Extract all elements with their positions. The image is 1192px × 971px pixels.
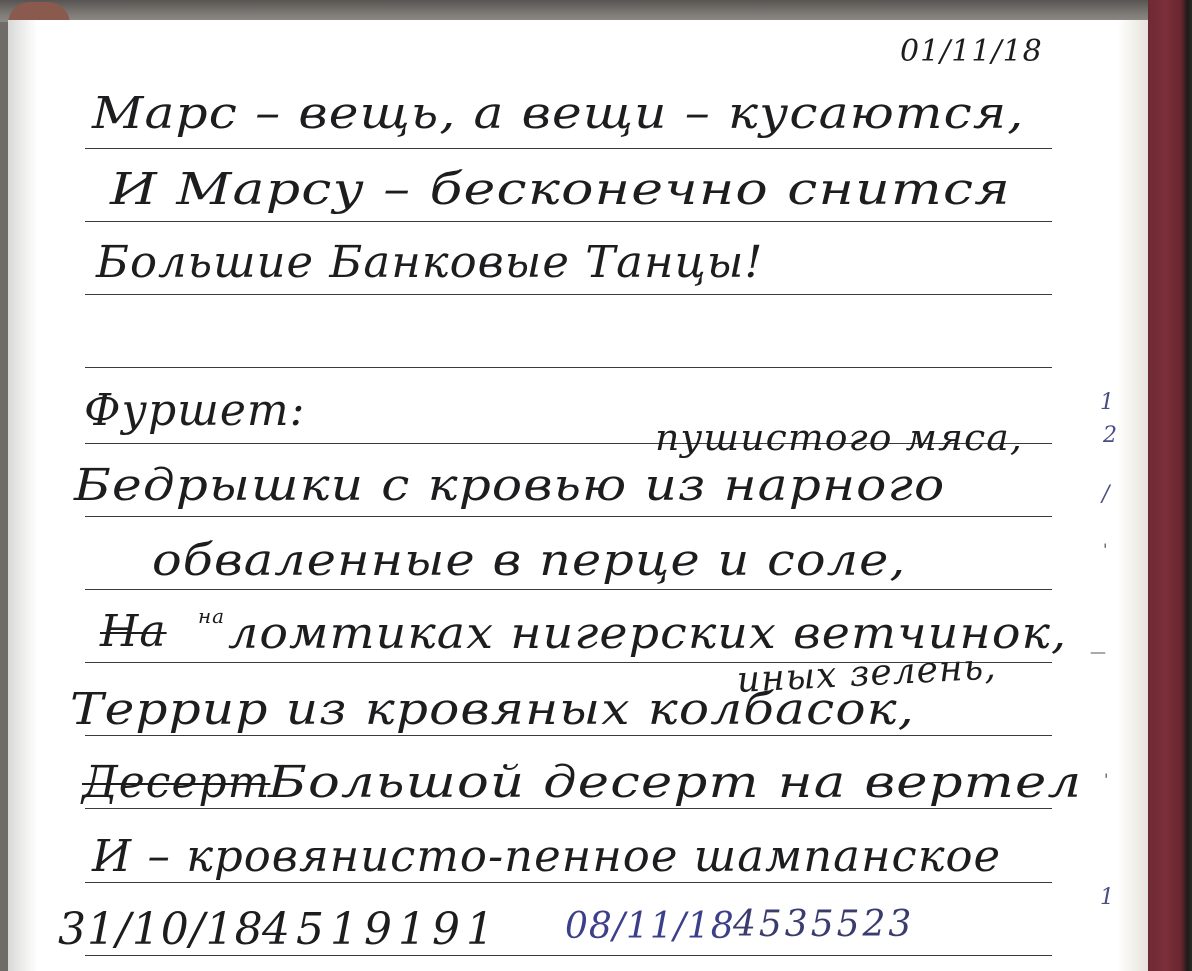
notebook-top-edge xyxy=(0,0,1192,22)
margin-mark: ' xyxy=(1103,540,1107,559)
ruled-line xyxy=(85,589,1052,590)
menu-line-5-struck: Десерт xyxy=(82,757,270,808)
ruled-line xyxy=(85,516,1052,517)
footer-entry-2-date: 08/11/18 xyxy=(565,906,735,947)
menu-line-1: Бедрышки с кровью из нарного xyxy=(74,460,945,511)
footer-entry-1-number: 4519191 xyxy=(262,904,500,955)
menu-line-6: И – кровянисто-пенное шампанское xyxy=(92,831,1001,882)
ruled-line xyxy=(85,294,1052,295)
poem-line-2: И Марсу – бесконечно снится xyxy=(110,164,1011,215)
menu-heading: Фуршет: xyxy=(84,385,305,436)
menu-line-3-insert: на xyxy=(198,604,225,628)
menu-line-3-struck: На xyxy=(100,606,167,657)
page-edge-shadow xyxy=(1118,20,1148,971)
ruled-line xyxy=(85,735,1052,736)
entry-date: 01/11/18 xyxy=(900,34,1043,69)
margin-mark: 2 xyxy=(1103,423,1117,448)
margin-mark: 1 xyxy=(1100,390,1114,415)
footer-entry-1-date: 31/10/18 xyxy=(58,904,264,955)
menu-line-4: Террир из кровяных колбасок, xyxy=(70,684,915,735)
margin-mark: — xyxy=(1090,642,1106,661)
menu-line-2: обваленные в перце и соле, xyxy=(152,535,906,586)
menu-line-5: Большой десерт на вертел xyxy=(268,757,1082,808)
margin-mark: 1 xyxy=(1100,885,1114,910)
margin-mark: / xyxy=(1102,482,1109,507)
ruled-line xyxy=(85,221,1052,222)
poem-line-3: Большие Банковые Танцы! xyxy=(96,237,763,288)
ruled-line xyxy=(85,955,1052,956)
notebook-cover-edge xyxy=(1148,0,1192,971)
menu-line-1-insert: пушистого мяса, xyxy=(655,418,1023,459)
poem-line-1: Марс – вещь, а вещи – кусаются, xyxy=(92,88,1024,139)
ruled-line xyxy=(85,808,1052,809)
page-binding-shadow xyxy=(8,20,36,971)
footer-entry-2-number: 4535523 xyxy=(733,904,914,945)
ruled-line xyxy=(85,148,1052,149)
ruled-line xyxy=(85,882,1052,883)
ruled-line xyxy=(85,367,1052,368)
margin-mark: ' xyxy=(1104,770,1108,789)
